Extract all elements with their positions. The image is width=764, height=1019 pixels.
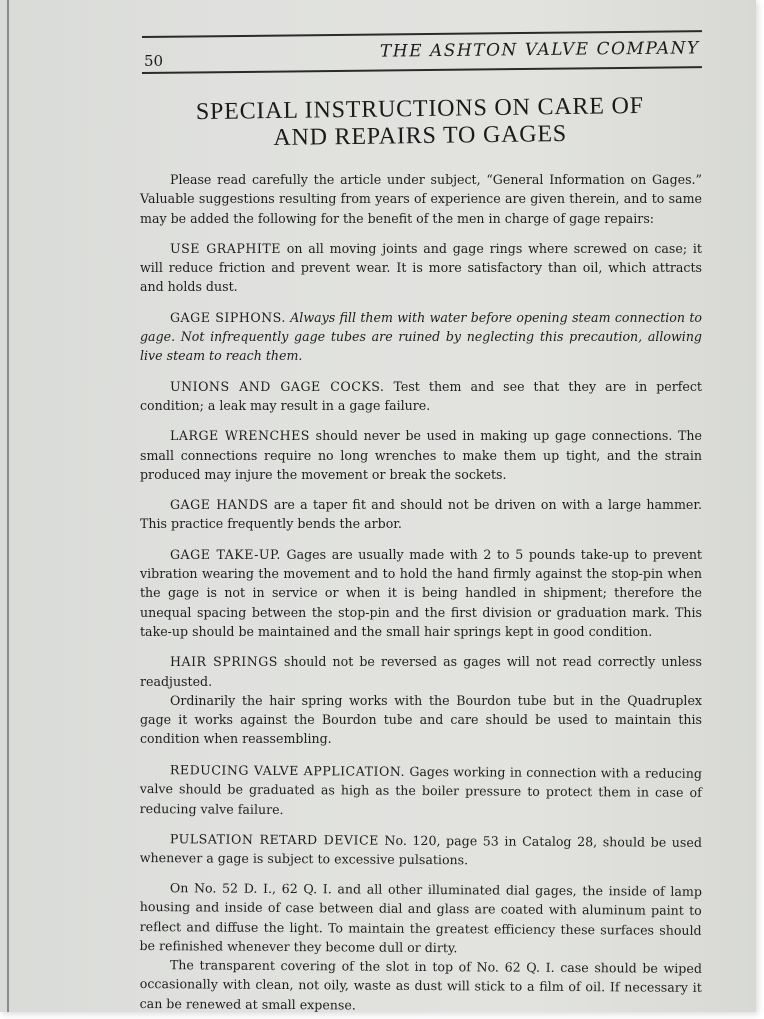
page-number: 50 <box>144 52 163 70</box>
paragraph-lead: GAGE HANDS <box>170 497 269 512</box>
paragraph-hair-springs: HAIR SPRINGS should not be reversed as g… <box>140 652 702 691</box>
paragraph-lead: GAGE TAKE-UP. <box>170 547 281 562</box>
paragraph-large-wrenches: LARGE WRENCHES should never be used in m… <box>140 426 702 484</box>
paragraph-lead: PULSATION RETARD DEVICE <box>170 831 379 847</box>
paragraph-lead: GAGE SIPHONS. <box>170 310 286 325</box>
header-rule-bottom <box>142 66 702 74</box>
paragraph-lead: LARGE WRENCHES <box>170 428 310 443</box>
paragraph-reducing-valve: REDUCING VALVE APPLICATION. Gages workin… <box>140 760 702 822</box>
running-title: THE ASHTON VALVE COMPANY <box>380 38 700 61</box>
paragraph-illuminated-dials: On No. 52 D. I., 62 Q. I. and all other … <box>139 878 702 959</box>
book-page: 50 THE ASHTON VALVE COMPANY SPECIAL INST… <box>0 0 756 1012</box>
paragraph-unions-gage-cocks: UNIONS AND GAGE COCKS. Test them and see… <box>140 377 702 416</box>
header-rule-top <box>142 30 702 38</box>
paragraph-lead: REDUCING VALVE APPLICATION. <box>170 762 405 779</box>
paragraph-quadruplex: Ordinarily the hair spring works with th… <box>140 691 702 749</box>
paragraph-pulsation-retard: PULSATION RETARD DEVICE No. 120, page 53… <box>140 829 702 872</box>
paragraph-gage-hands: GAGE HANDS are a taper fit and should no… <box>140 495 702 534</box>
body-text: Please read carefully the article under … <box>140 170 702 1013</box>
paragraph-use-graphite: USE GRAPHITE on all moving joints and ga… <box>140 239 702 297</box>
page-header: 50 THE ASHTON VALVE COMPANY <box>142 28 702 82</box>
paragraph-lead: HAIR SPRINGS <box>170 654 278 669</box>
paragraph-gage-siphons: GAGE SIPHONS. Always fill them with wate… <box>140 308 702 366</box>
paragraph-lead: UNIONS AND GAGE COCKS. <box>170 379 384 394</box>
paragraph-lead: USE GRAPHITE <box>170 241 281 256</box>
paragraph-gage-take-up: GAGE TAKE-UP. Gages are usually made wit… <box>140 545 702 641</box>
page-title: SPECIAL INSTRUCTIONS ON CARE OF AND REPA… <box>150 92 691 154</box>
book-spine-line <box>7 0 9 1012</box>
paragraph-intro: Please read carefully the article under … <box>140 170 702 228</box>
paragraph-transparent-covering: The transparent covering of the slot in … <box>140 955 702 1017</box>
